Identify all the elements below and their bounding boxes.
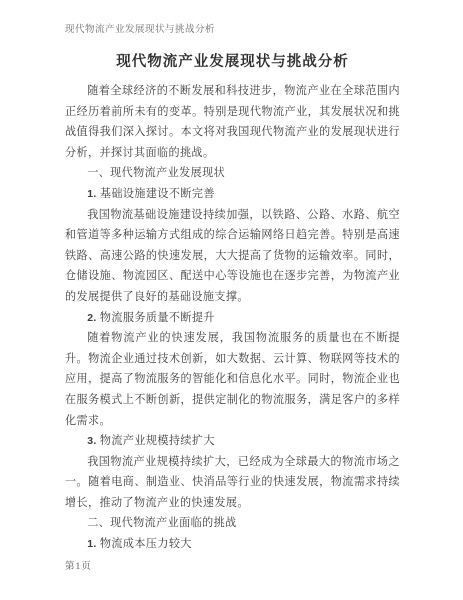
heading-number: 3. (87, 435, 97, 447)
section-heading: 一、现代物流产业发展现状 (65, 163, 400, 184)
heading-number: 2. (87, 312, 97, 324)
document-page: 现代物流产业发展现状与挑战分析 现代物流产业发展现状与挑战分析 随着全球经济的不… (0, 0, 463, 600)
paragraph: 随着全球经济的不断发展和科技进步，物流产业在全球范围内正经历着前所未有的变革。特… (65, 81, 400, 163)
document-title: 现代物流产业发展现状与挑战分析 (65, 53, 400, 72)
numbered-heading: 1. 物流成本压力较大 (65, 534, 400, 555)
paragraph: 我国物流产业规模持续扩大，已经成为全球最大的物流市场之一。随着电商、制造业、快消… (65, 452, 400, 514)
paragraph: 随着物流产业的快速发展，我国物流服务的质量也在不断提升。物流企业通过技术创新，如… (65, 328, 400, 431)
numbered-heading: 3. 物流产业规模持续扩大 (65, 431, 400, 452)
numbered-heading: 1. 基础设施建设不断完善 (65, 184, 400, 205)
paragraph: 我国物流基础设施建设持续加强，以铁路、公路、水路、航空和管道等多种运输方式组成的… (65, 205, 400, 308)
page-header: 现代物流产业发展现状与挑战分析 (65, 24, 400, 36)
numbered-heading: 2. 物流服务质量不断提升 (65, 308, 400, 329)
page-number: 第1页 (65, 558, 92, 572)
heading-number: 1. (87, 538, 97, 550)
document-body: 随着全球经济的不断发展和科技进步，物流产业在全球范围内正经历着前所未有的变革。特… (65, 81, 400, 555)
heading-number: 1. (87, 188, 97, 200)
section-heading: 二、现代物流产业面临的挑战 (65, 513, 400, 534)
